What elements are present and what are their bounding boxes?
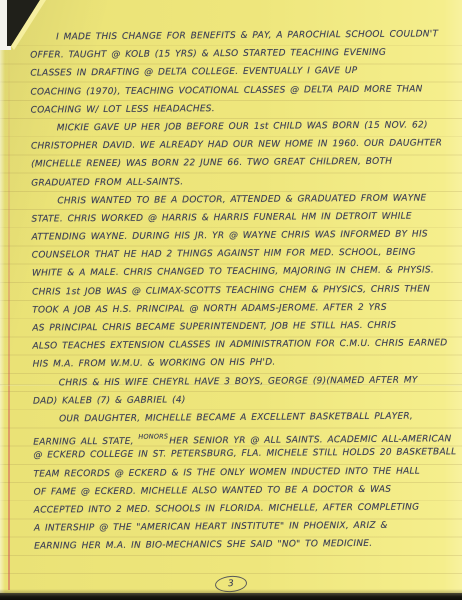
handwritten-line: CHRIS 1st JOB WAS @ CLIMAX-SCOTTS TEACHI… bbox=[2, 280, 462, 302]
handwritten-line: EARNING HER M.A. IN BIO-MECHANICS SHE SA… bbox=[4, 534, 462, 556]
paragraph-5: OUR DAUGHTER, MICHELLE BECAME A EXCELLEN… bbox=[3, 407, 462, 556]
handwritten-line: TEAM RECORDS @ ECKERD & IS THE ONLY WOME… bbox=[3, 462, 462, 484]
handwritten-line: COACHING (1970), TEACHING VOCATIONAL CLA… bbox=[0, 80, 462, 102]
handwritten-line: ACCEPTED INTO 2 MED. SCHOOLS IN FLORIDA.… bbox=[4, 498, 462, 520]
paragraph-3: CHRIS WANTED TO BE A DOCTOR, ATTENDED & … bbox=[1, 189, 462, 374]
inserted-word: HONORS bbox=[138, 428, 168, 446]
paragraph-1: I MADE THIS CHANGE FOR BENEFITS & PAY, A… bbox=[0, 25, 462, 120]
scan-bottom-edge bbox=[0, 593, 462, 600]
paragraph-2: MICKIE GAVE UP HER JOB BEFORE OUR 1st CH… bbox=[1, 116, 462, 192]
paragraph-4: CHRIS & HIS WIFE CHEYRL HAVE 3 BOYS, GEO… bbox=[3, 371, 462, 411]
scanned-page: I MADE THIS CHANGE FOR BENEFITS & PAY, A… bbox=[0, 0, 462, 600]
handwritten-text-body: I MADE THIS CHANGE FOR BENEFITS & PAY, A… bbox=[0, 25, 462, 556]
handwritten-line: I MADE THIS CHANGE FOR BENEFITS & PAY, A… bbox=[0, 25, 462, 47]
handwritten-line: CHRIS & HIS WIFE CHEYRL HAVE 3 BOYS, GEO… bbox=[3, 371, 462, 393]
